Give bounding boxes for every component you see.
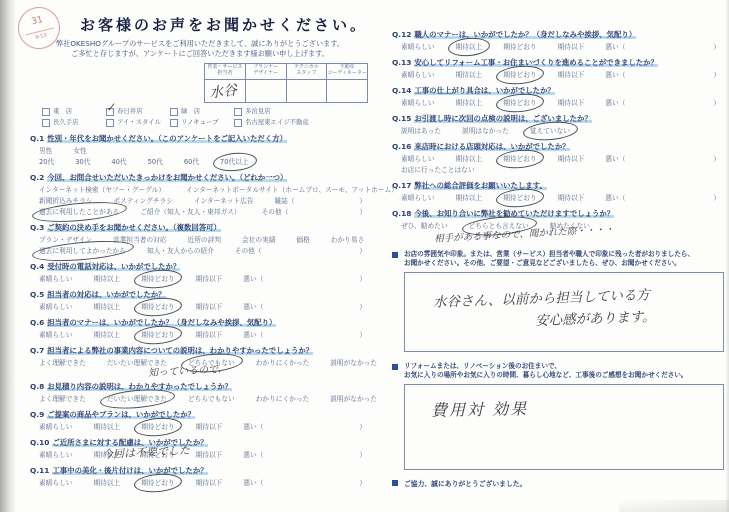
option: ） xyxy=(713,70,720,81)
option: 40代 xyxy=(111,157,126,168)
option: 素晴らしい xyxy=(39,274,72,285)
staff-col-header: 営業・サービス 担当者 xyxy=(205,64,245,80)
option: 30代 xyxy=(75,157,90,168)
store-option: ✓春日井店 xyxy=(106,106,170,117)
store-option: 名古屋東エイジ不動産 xyxy=(234,117,309,128)
question-title: Q.5担当者の対応は、いかがでしたか？ xyxy=(30,290,370,300)
question-number: Q.10 xyxy=(30,438,49,447)
question-number: Q.12 xyxy=(392,30,411,39)
question-title: Q.12職人のマナーは、いかがでしたか？（身だしなみや挨拶、気配り） xyxy=(392,30,724,40)
options-row: 素晴らしい期待以上期待どおり期待以下悪い（） xyxy=(392,98,724,109)
option: 素晴らしい xyxy=(39,422,72,433)
staff-col-technical: テクニカル スタッフ xyxy=(286,64,327,102)
option: 雑誌（ xyxy=(274,196,294,207)
options-row: 過去に利用してよかったから知人・友人からの紹介その他（） xyxy=(30,246,370,257)
checkbox-icon xyxy=(234,119,242,127)
option-circled: 期待どおり xyxy=(141,330,174,341)
option-circled: 過去に利用したことがある xyxy=(39,207,119,218)
option: ） xyxy=(359,207,366,218)
option: どちらでもない xyxy=(188,394,235,405)
option: 説明はあった xyxy=(401,126,441,137)
question-number: Q.3 xyxy=(30,223,44,232)
question-text: 安心してリフォーム工事・お住まいづくりを進めることができましたか？ xyxy=(414,58,658,67)
option: 悪い（ xyxy=(243,330,263,341)
question-q18: Q.18今後、お知り合いに弊社を勧めていただけますでしょうか？ぜひ、勧めたいどち… xyxy=(392,209,724,240)
option-circled: 期待どおり xyxy=(503,154,536,165)
intro-line-2: ご多忙と存じますが、アンケートにご回答いただきます様お願い申し上げます。 xyxy=(30,49,370,59)
option: 期待以下 xyxy=(196,330,223,341)
option: 素晴らしい xyxy=(401,154,434,165)
option: その他（ xyxy=(235,246,262,257)
staff-col-header: 不動産 コーディネーター xyxy=(327,64,367,80)
comment-section-header: お店の雰囲気や印象。または、営業（サービス）担当者や職人で印象に残った者がおりま… xyxy=(392,250,724,268)
options-row: 素晴らしい期待以上期待どおり期待以下悪い（） xyxy=(30,478,370,489)
question-q15: Q.15お引渡し時に次回の点検の説明は、ございましたか？説明はあった説明はなかっ… xyxy=(392,114,724,137)
option-circled: 過去に利用してよかったから xyxy=(39,246,126,257)
options-row: 素晴らしい期待以上期待どおり期待以下悪い（） xyxy=(30,422,370,433)
question-number: Q.7 xyxy=(30,346,44,355)
option: 悪い（ xyxy=(243,478,263,489)
store-option: アイ・スタイル xyxy=(106,117,170,128)
checkbox-icon xyxy=(170,108,178,116)
question-q2: Q.2今回、お問合せいただいたきっかけをお聞かせください。（どれか一つ）インター… xyxy=(30,173,370,218)
bullet-square-icon xyxy=(392,364,398,370)
option: 悪い（ xyxy=(605,193,625,204)
question-number: Q.1 xyxy=(30,134,44,143)
option: 期待以下 xyxy=(558,154,585,165)
option: 期待以上 xyxy=(93,274,120,285)
option: 価格 xyxy=(296,235,309,246)
question-text: ご提案の商品やプランは、いかがでしたか？ xyxy=(47,410,195,419)
question-title: Q.9ご提案の商品やプランは、いかがでしたか？ xyxy=(30,410,370,420)
option: 素晴らしい xyxy=(401,42,434,53)
question-title: Q.14工事の仕上がり具合は、いかがでしたか？ xyxy=(392,86,724,96)
options-row: よく理解できただいたい理解できたどちらでもないわかりにくかった説明がなかった xyxy=(30,394,370,405)
store-checkbox-group: 東 店✓春日井店緑 店多治見店 長久手店アイ・スタイルリノキューブ名古屋東エイジ… xyxy=(42,106,370,128)
staff-col-planner: プランナー デザイナー xyxy=(245,64,286,102)
option: 期待以上 xyxy=(455,70,482,81)
option: 素晴らしい xyxy=(401,70,434,81)
option-circled: 期待どおり xyxy=(141,422,174,433)
bullet-square-icon xyxy=(392,252,398,258)
option: 素晴らしい xyxy=(39,450,72,461)
question-title: Q.6担当者のマナーは、いかがでしたか？（身だしなみや挨拶、気配り） xyxy=(30,318,370,328)
staff-table: 営業・サービス 担当者 水谷 プランナー デザイナー テクニカル スタッフ 不動… xyxy=(204,63,368,103)
option: ） xyxy=(359,450,366,461)
option: 悪い（ xyxy=(605,154,625,165)
questions-right: Q.12職人のマナーは、いかがでしたか？（身だしなみや挨拶、気配り）素晴らしい期… xyxy=(392,30,724,240)
option-circled: 期待どおり xyxy=(141,302,174,313)
staff-col-estate: 不動産 コーディネーター xyxy=(326,64,367,102)
question-q13: Q.13安心してリフォーム工事・お住まいづくりを進めることができましたか？素晴ら… xyxy=(392,58,724,81)
option: 男性 xyxy=(39,146,52,157)
store-option: リノキューブ xyxy=(170,117,234,128)
checkbox-icon xyxy=(42,108,50,116)
option: インターネットポータルサイト（ホームプロ、スーモ、アットホーム） xyxy=(186,185,398,196)
store-label: 春日井店 xyxy=(117,106,143,117)
handwritten-comment: 費用対 効果 xyxy=(431,396,528,421)
store-row-2: 長久手店アイ・スタイルリノキューブ名古屋東エイジ不動産 xyxy=(42,117,370,128)
scan-edge-left xyxy=(0,0,16,512)
option: 近所の評判 xyxy=(188,235,221,246)
thanks-footer: ご協力、誠にありがとうございました。 xyxy=(392,478,724,488)
options-row: 素晴らしい期待以上期待どおり期待以下悪い（） xyxy=(30,274,370,285)
question-title: Q.1性別・年代をお聞かせください。（このアンケートをご記入いただく方） xyxy=(30,134,370,144)
option: ） xyxy=(713,98,720,109)
options-row: 素晴らしい期待以上期待どおり期待以下悪い（） xyxy=(392,42,724,53)
option: ） xyxy=(359,478,366,489)
option: ） xyxy=(359,302,366,313)
store-label: リノキューブ xyxy=(181,117,219,128)
option-circled: 期待どおり xyxy=(141,274,174,285)
options-row: インターネット検索（ヤフー・グーグル）インターネットポータルサイト（ホームプロ、… xyxy=(30,185,370,196)
store-label: アイ・スタイル xyxy=(117,117,161,128)
option-circled: 期待どおり xyxy=(503,98,536,109)
question-number: Q.13 xyxy=(392,58,411,67)
handwritten-comment: 安心感があります。 xyxy=(535,305,656,329)
question-title: Q.4受付時の電話対応は、いかがでしたか？ xyxy=(30,262,370,272)
question-number: Q.6 xyxy=(30,318,44,327)
question-text: 工事中の美化・後片付けは、いかがでしたか？ xyxy=(52,466,207,475)
option: 期待以下 xyxy=(558,98,585,109)
option: 知人・友人からの紹介 xyxy=(147,246,214,257)
staff-col-header: プランナー デザイナー xyxy=(246,64,286,80)
checkmark-icon: ✓ xyxy=(105,101,116,113)
question-number: Q.15 xyxy=(392,114,411,123)
option: 期待以下 xyxy=(558,70,585,81)
comment-header-line: お気に入りの場所やお気に入りの時間、暮らし心地など、工事後のご感想をお聞かせくだ… xyxy=(404,371,688,380)
question-q9: Q.9ご提案の商品やプランは、いかがでしたか？素晴らしい期待以上期待どおり期待以… xyxy=(30,410,370,433)
option: 悪い（ xyxy=(243,274,263,285)
question-number: Q.17 xyxy=(392,181,411,190)
scan-corner-shade xyxy=(619,500,729,512)
option: 50代 xyxy=(148,157,163,168)
question-title: Q.8お見積り内容の説明は、わかりやすかったでしょうか？ xyxy=(30,382,370,392)
options-row: 素晴らしい期待以上期待どおり期待以下悪い（） xyxy=(30,450,370,461)
option: その他（ xyxy=(262,207,289,218)
question-text: 性別・年代をお聞かせください。（このアンケートをご記入いただく方） xyxy=(47,134,287,143)
question-text: 担当者による弊社の事業内容についての説明は、わかりやすかったでしょうか？ xyxy=(47,346,313,355)
question-number: Q.8 xyxy=(30,382,44,391)
question-text: ご契約の決め手をお聞かせください。（複数回答可） xyxy=(47,223,221,232)
option: 女性 xyxy=(73,146,86,157)
right-column: Q.12職人のマナーは、いかがでしたか？（身だしなみや挨拶、気配り）素晴らしい期… xyxy=(392,30,724,488)
option: わかりにくかった xyxy=(256,394,310,405)
question-title: Q.2今回、お問合せいただいたきっかけをお聞かせください。（どれか一つ） xyxy=(30,173,370,183)
option: 期待以下 xyxy=(196,422,223,433)
option: 期待以上 xyxy=(455,193,482,204)
option: ） xyxy=(359,274,366,285)
option-circled: 期待どおり xyxy=(503,193,536,204)
option-circled: だいたい理解できた xyxy=(107,394,167,405)
store-option: 緑 店 xyxy=(170,106,234,117)
option: ） xyxy=(713,193,720,204)
survey-page: 31 9-13 お客様のお声をお聞かせください。 弊社OKESHOグループのサー… xyxy=(0,0,729,512)
option: よく理解できた xyxy=(39,394,86,405)
checkbox-icon xyxy=(42,119,50,127)
options-row: 男性女性 xyxy=(30,146,370,157)
question-text: 担当者の対応は、いかがでしたか？ xyxy=(47,290,165,299)
option-circled: 覚えていない xyxy=(530,126,570,137)
question-q11: Q.11工事中の美化・後片付けは、いかがでしたか？素晴らしい期待以上期待どおり期… xyxy=(30,466,370,489)
option: 素晴らしい xyxy=(39,478,72,489)
option: よく理解できた xyxy=(39,358,86,369)
question-number: Q.16 xyxy=(392,142,411,151)
comment-box-afterliving: 費用対 効果 xyxy=(404,384,724,470)
option: ） xyxy=(359,422,366,433)
question-q4: Q.4受付時の電話対応は、いかがでしたか？素晴らしい期待以上期待どおり期待以下悪… xyxy=(30,262,370,285)
store-option: 長久手店 xyxy=(42,117,106,128)
page-title: お客様のお声をお聞かせください。 xyxy=(78,14,370,35)
comment-header-line: お聞かせください。その他、ご要望・ご意見などございましたら、ぜひ、お聞かせくださ… xyxy=(404,259,694,268)
staff-col-value xyxy=(246,80,286,102)
question-q8: Q.8お見積り内容の説明は、わかりやすかったでしょうか？よく理解できただいたい理… xyxy=(30,382,370,405)
staff-col-value xyxy=(287,80,327,102)
store-option: 東 店 xyxy=(42,106,106,117)
checkbox-icon xyxy=(234,108,242,116)
option: 期待以上 xyxy=(93,330,120,341)
store-label: 緑 店 xyxy=(181,106,200,117)
checkbox-icon xyxy=(170,119,178,127)
question-number: Q.14 xyxy=(392,86,411,95)
option: 期待以下 xyxy=(196,450,223,461)
option: わかり易さ xyxy=(331,235,364,246)
option: 期待以下 xyxy=(558,42,585,53)
comment-header-line: リフォームまたは、リノベーション後のお住まいで、 xyxy=(404,362,688,371)
option: 説明はなかった xyxy=(462,126,509,137)
scan-edge-right xyxy=(725,0,729,512)
question-number: Q.9 xyxy=(30,410,44,419)
staff-col-value xyxy=(327,80,367,102)
question-q10: Q.10ご近所さまに対する配慮は、いかがでしたか？素晴らしい期待以上期待どおり期… xyxy=(30,438,370,461)
option: 素晴らしい xyxy=(401,193,434,204)
option: ） xyxy=(713,154,720,165)
option: 悪い（ xyxy=(605,70,625,81)
staff-col-header: テクニカル スタッフ xyxy=(287,64,327,80)
staff-col-sales: 営業・サービス 担当者 水谷 xyxy=(205,64,245,102)
comment-section-afterliving: リフォームまたは、リノベーション後のお住まいで、 お気に入りの場所やお気に入りの… xyxy=(392,362,724,470)
comment-header-line: お店の雰囲気や印象。または、営業（サービス）担当者や職人で印象に残った者がおりま… xyxy=(404,250,694,259)
option: ） xyxy=(359,196,366,207)
option-circled: 70代以上 xyxy=(220,157,249,168)
question-title: Q.16来店時における店頭対応は、いかがでしたか？ xyxy=(392,142,724,152)
comment-section-impression: お店の雰囲気や印象。または、営業（サービス）担当者や職人で印象に残った者がおりま… xyxy=(392,250,724,352)
option: わかりにくかった xyxy=(256,358,310,369)
comment-box-impression: 水谷さん、以前から担当している方 安心感があります。 xyxy=(404,272,724,352)
comment-section-header: リフォームまたは、リノベーション後のお住まいで、 お気に入りの場所やお気に入りの… xyxy=(392,362,724,380)
left-column: お客様のお声をお聞かせください。 弊社OKESHOグループのサービスをご利用いた… xyxy=(30,6,370,494)
question-number: Q.4 xyxy=(30,262,44,271)
option: 悪い（ xyxy=(243,422,263,433)
option: 説明がなかった xyxy=(330,358,377,369)
option: 期待以上 xyxy=(93,302,120,313)
option: 素晴らしい xyxy=(39,330,72,341)
option: 期待以上 xyxy=(455,98,482,109)
bullet-square-icon xyxy=(392,480,398,486)
option: 期待以上 xyxy=(455,154,482,165)
question-title: Q.18今後、お知り合いに弊社を勧めていただけますでしょうか？ xyxy=(392,209,724,219)
question-title: Q.13安心してリフォーム工事・お住まいづくりを進めることができましたか？ xyxy=(392,58,724,68)
question-title: Q.10ご近所さまに対する配慮は、いかがでしたか？ xyxy=(30,438,370,448)
option: 期待以下 xyxy=(558,193,585,204)
checkbox-icon xyxy=(106,119,114,127)
option: インターネット検索（ヤフー・グーグル） xyxy=(39,185,165,196)
store-label: 長久手店 xyxy=(53,117,79,128)
option: 悪い（ xyxy=(243,450,263,461)
option: 悪い（ xyxy=(243,302,263,313)
option-circled: 期待以上 xyxy=(455,42,482,53)
question-q3: Q.3ご契約の決め手をお聞かせください。（複数回答可）プラン・デザイン営業担当者… xyxy=(30,223,370,257)
option: 説明がなかった xyxy=(330,394,377,405)
store-label: 多治見店 xyxy=(245,106,271,117)
options-row: 素晴らしい期待以上期待どおり期待以下悪い（） xyxy=(392,154,724,165)
option: 会社の実績 xyxy=(242,235,275,246)
option: インターネット広告 xyxy=(194,196,254,207)
option-circled: 期待どおり xyxy=(141,478,174,489)
options-row: 説明はあった説明はなかった覚えていない xyxy=(392,126,724,137)
option: 悪い（ xyxy=(605,42,625,53)
option: ） xyxy=(359,330,366,341)
store-label: 名古屋東エイジ不動産 xyxy=(245,117,309,128)
option: 素晴らしい xyxy=(401,98,434,109)
options-row: 20代30代40代50代60代70代以上 xyxy=(30,157,370,168)
question-q7: Q.7担当者による弊社の事業内容についての説明は、わかりやすかったでしょうか？よ… xyxy=(30,346,370,377)
store-option: 多治見店 xyxy=(234,106,271,117)
staff-col-value: 水谷 xyxy=(205,80,245,102)
options-row: 素晴らしい期待以上期待どおり期待以下悪い（） xyxy=(392,70,724,81)
option-circled: 期待どおり xyxy=(503,70,536,81)
question-q16: Q.16来店時における店頭対応は、いかがでしたか？素晴らしい期待以上期待どおり期… xyxy=(392,142,724,176)
question-q5: Q.5担当者の対応は、いかがでしたか？素晴らしい期待以上期待どおり期待以下悪い（… xyxy=(30,290,370,313)
checkbox-icon: ✓ xyxy=(106,108,114,116)
store-label: 東 店 xyxy=(53,106,72,117)
question-number: Q.5 xyxy=(30,290,44,299)
question-q6: Q.6担当者のマナーは、いかがでしたか？（身だしなみや挨拶、気配り）素晴らしい期… xyxy=(30,318,370,341)
question-title: Q.17弊社への総合評価をお願いいたします。 xyxy=(392,181,724,191)
option: 期待どおり xyxy=(503,42,536,53)
option: 20代 xyxy=(39,157,54,168)
option: 素晴らしい xyxy=(39,302,72,313)
handwritten-staff-name: 水谷 xyxy=(208,79,238,102)
option: ご紹介（知人・友人・東邦ガス） xyxy=(140,207,240,218)
question-text: 今回、お問合せいただいたきっかけをお聞かせください。（どれか一つ） xyxy=(47,173,287,182)
question-q17: Q.17弊社への総合評価をお願いいたします。素晴らしい期待以上期待どおり期待以下… xyxy=(392,181,724,204)
question-title: Q.11工事中の美化・後片付けは、いかがでしたか？ xyxy=(30,466,370,476)
options-row: お店に行ったことはない xyxy=(392,165,724,176)
option: 期待以下 xyxy=(196,274,223,285)
question-number: Q.11 xyxy=(30,466,49,475)
option: ） xyxy=(359,246,366,257)
options-row: 過去に利用したことがあるご紹介（知人・友人・東邦ガス）その他（） xyxy=(30,207,370,218)
question-q14: Q.14工事の仕上がり具合は、いかがでしたか？素晴らしい期待以上期待どおり期待以… xyxy=(392,86,724,109)
option: 期待以下 xyxy=(196,302,223,313)
store-row-1: 東 店✓春日井店緑 店多治見店 xyxy=(42,106,370,117)
options-row: 素晴らしい期待以上期待どおり期待以下悪い（） xyxy=(30,302,370,313)
question-text: 職人のマナーは、いかがでしたか？（身だしなみや挨拶、気配り） xyxy=(414,30,636,39)
question-q1: Q.1性別・年代をお聞かせください。（このアンケートをご記入いただく方）男性女性… xyxy=(30,134,370,168)
options-row: 素晴らしい期待以上期待どおり期待以下悪い（） xyxy=(392,193,724,204)
options-row: 素晴らしい期待以上期待どおり期待以下悪い（） xyxy=(30,330,370,341)
question-number: Q.2 xyxy=(30,173,44,182)
question-q12: Q.12職人のマナーは、いかがでしたか？（身だしなみや挨拶、気配り）素晴らしい期… xyxy=(392,30,724,53)
thanks-text: ご協力、誠にありがとうございました。 xyxy=(404,478,526,488)
question-title: Q.3ご契約の決め手をお聞かせください。（複数回答可） xyxy=(30,223,370,233)
option: 期待以下 xyxy=(196,478,223,489)
question-number: Q.18 xyxy=(392,209,411,218)
intro-line-1: 弊社OKESHOグループのサービスをご利用いただきまして、誠にありがとうございま… xyxy=(30,39,370,49)
option: 悪い（ xyxy=(605,98,625,109)
option: 60代 xyxy=(184,157,199,168)
option: 期待以上 xyxy=(93,478,120,489)
option: ） xyxy=(713,42,720,53)
questions-left: Q.1性別・年代をお聞かせください。（このアンケートをご記入いただく方）男性女性… xyxy=(30,134,370,489)
option: お店に行ったことはない xyxy=(401,165,475,176)
option: 期待以上 xyxy=(93,422,120,433)
question-text: 来店時における店頭対応は、いかがでしたか？ xyxy=(414,142,569,151)
